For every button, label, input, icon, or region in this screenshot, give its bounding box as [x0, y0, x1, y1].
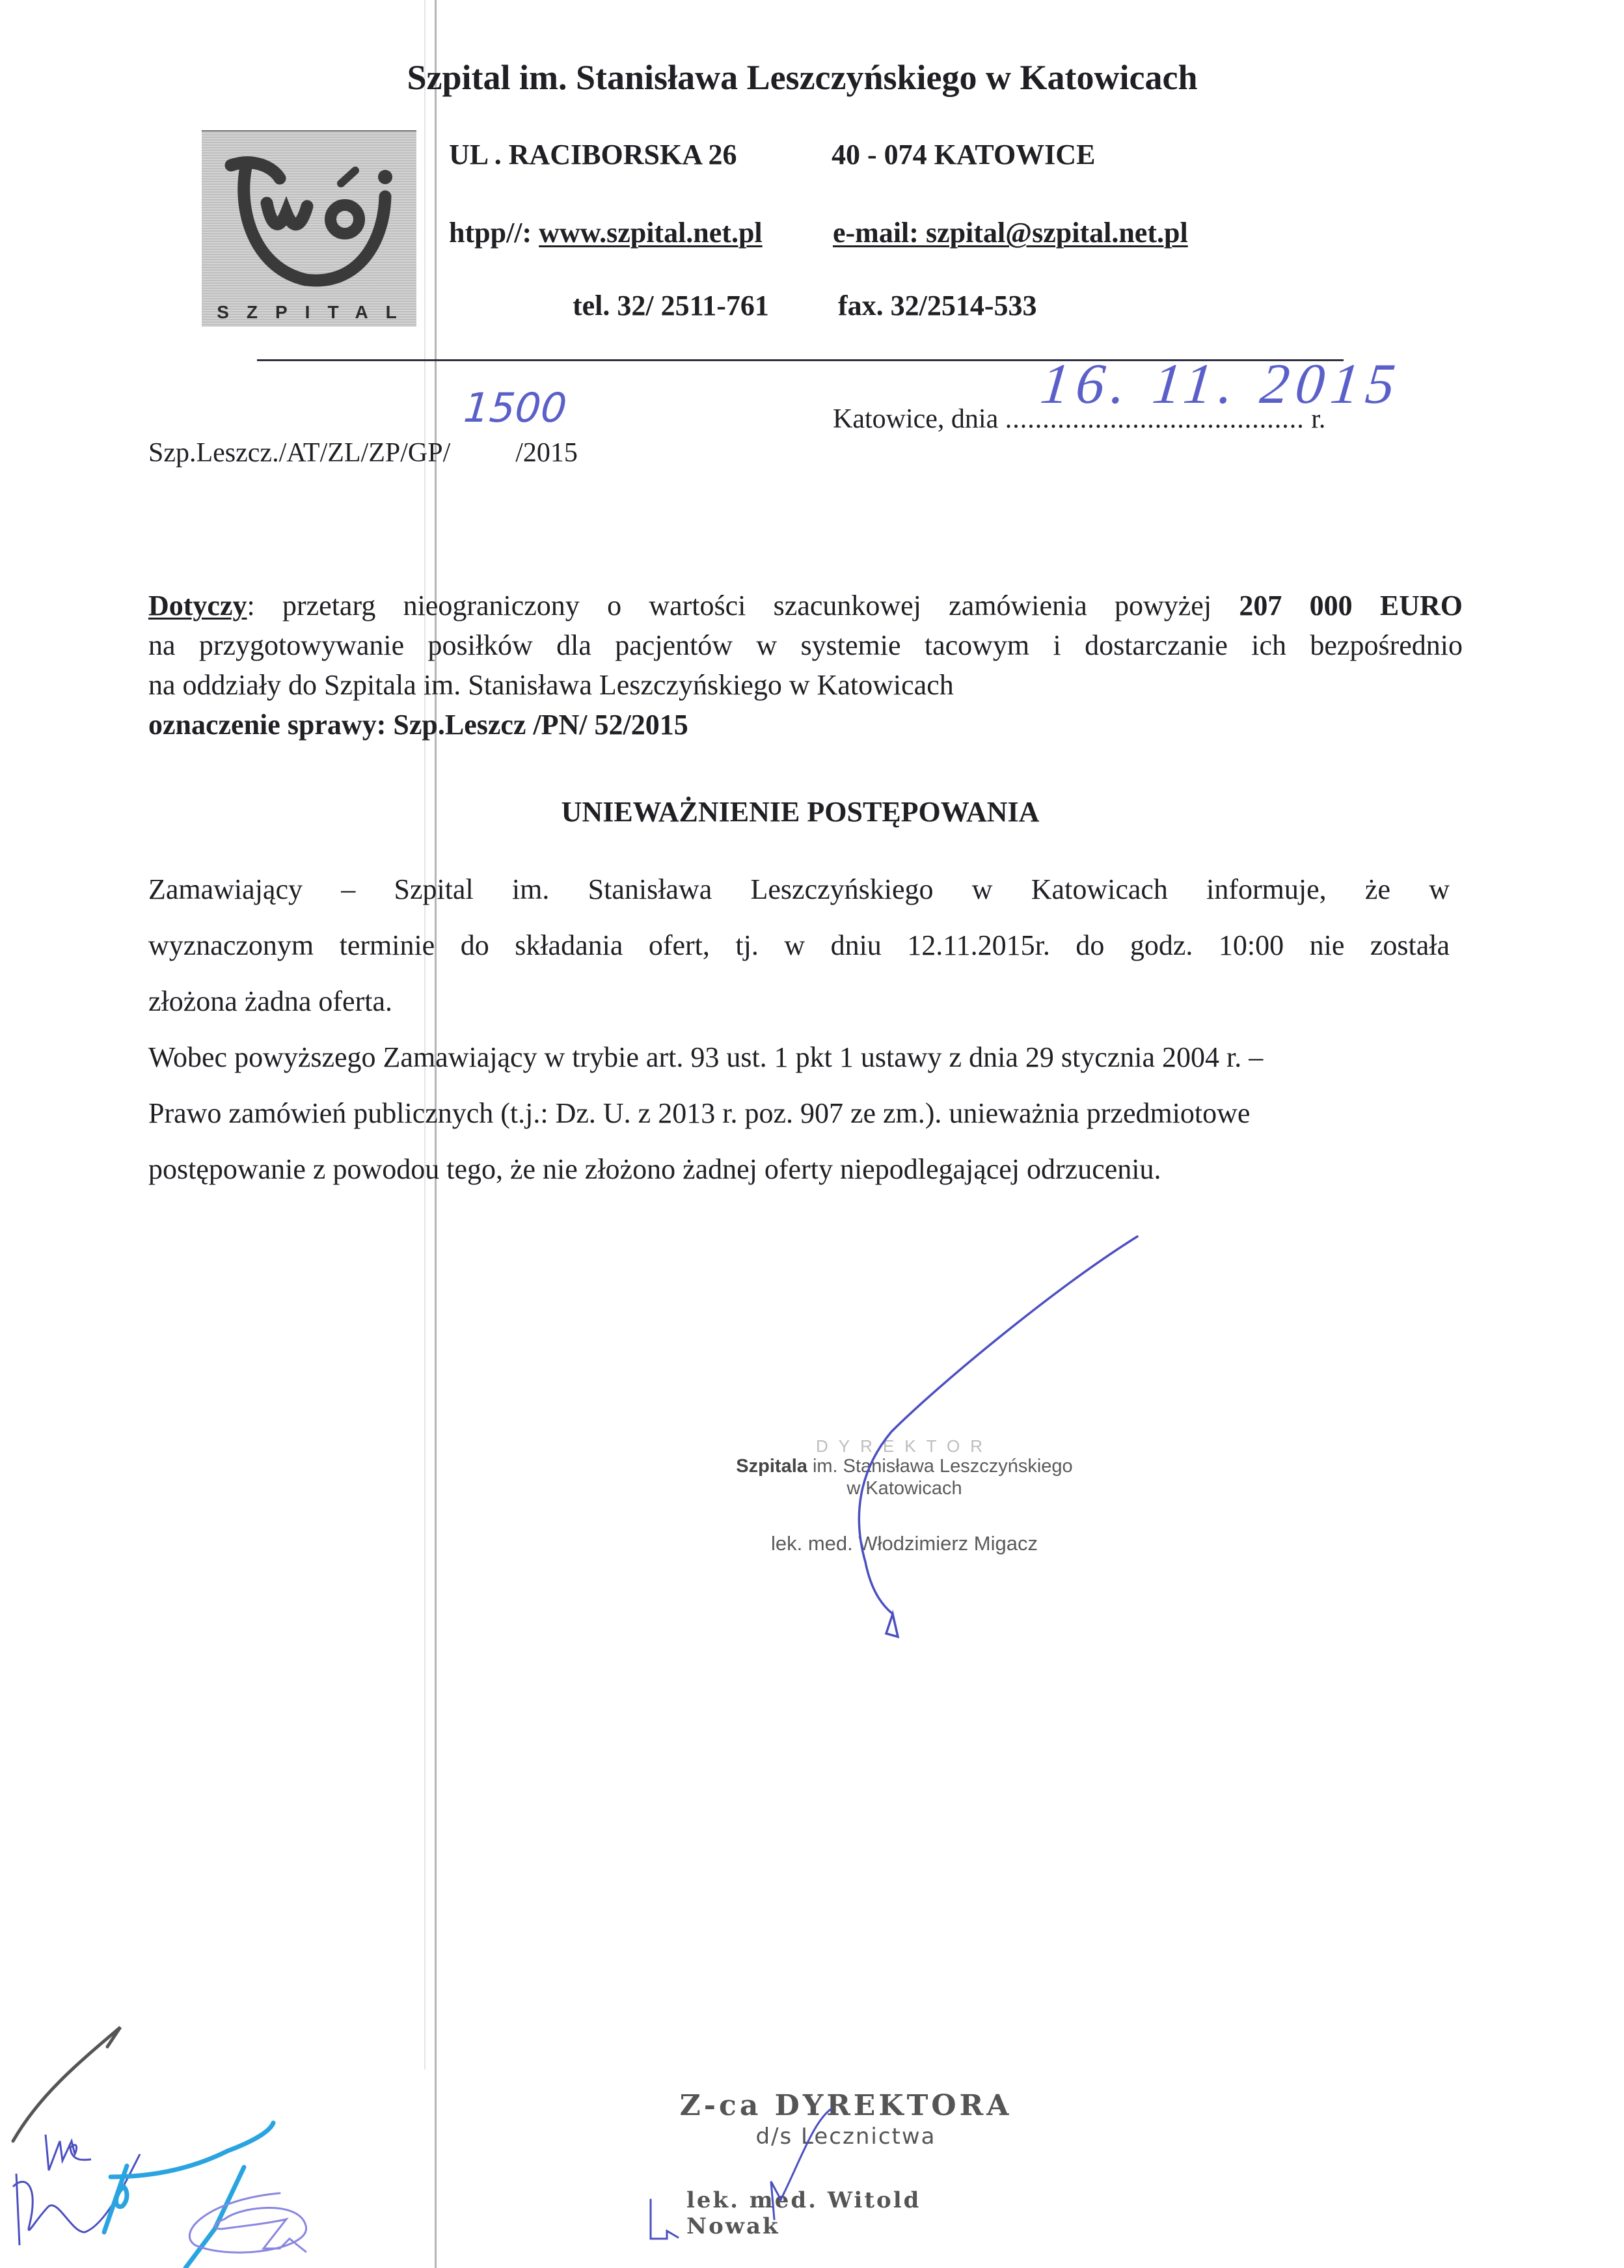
loop-signature-icon [189, 2193, 306, 2252]
body-line: złożona żadna oferta. [148, 979, 1450, 1035]
smiley-logo-icon [202, 131, 416, 327]
email-line: e-mail: szpital@szpital.net.pl [833, 216, 1188, 249]
deputy-title: Z-ca DYREKTORA [670, 2089, 1022, 2122]
reference-number: Szp.Leszcz./AT/ZL/ZP/GP//2015 [148, 437, 578, 469]
email-link[interactable]: e-mail: szpital@szpital.net.pl [833, 217, 1188, 249]
subject-line-1: Dotyczy: przetarg nieograniczony o warto… [148, 586, 1463, 625]
address-postal-city: 40 - 074 KATOWICE [832, 138, 1095, 171]
hospital-logo: SZPITAL [202, 130, 416, 327]
director-stamp: DYREKTOR Szpitala im. Stanisława Leszczy… [716, 1440, 1093, 1555]
logo-wordmark: SZPITAL [202, 302, 416, 323]
address-street: UL . RACIBORSKA 26 [449, 138, 737, 171]
pencil-arrow-icon [13, 2027, 120, 2141]
body-line: Wobec powyższego Zamawiający w trybie ar… [148, 1035, 1450, 1091]
reference-prefix: Szp.Leszcz./AT/ZL/ZP/GP/ [148, 438, 450, 468]
handwritten-reference-number: 1500 [462, 384, 569, 431]
body-line: Zamawiający – Szpital im. Stanisława Les… [148, 867, 1450, 923]
handwritten-date: 16. 11. 2015 [1038, 351, 1405, 417]
director-name: lek. med. Włodzimierz Migacz [716, 1532, 1093, 1555]
subject-line-3: na oddziały do Szpitala im. Stanisława L… [148, 665, 1463, 705]
document-heading: UNIEWAŻNIENIE POSTĘPOWANIA [0, 795, 1601, 828]
deputy-director-stamp: Z-ca DYREKTORA d/s Lecznictwa lek. med. … [670, 2089, 1022, 2239]
institution-name: Szpital im. Stanisława Leszczyńskiego w … [0, 57, 1624, 98]
date-label: Katowice, dnia [833, 404, 1005, 434]
marker-signature-icon [104, 2123, 273, 2268]
initials-icon [46, 2135, 91, 2170]
body-text: Zamawiający – Szpital im. Stanisława Les… [148, 867, 1450, 1203]
body-line: wyznaczonym terminie do składania ofert,… [148, 923, 1450, 979]
website-line: htpp//: www.szpital.net.pl [449, 216, 763, 249]
case-reference: oznaczenie sprawy: Szp.Leszcz /PN/ 52/20… [148, 705, 1463, 745]
reference-suffix: /2015 [515, 438, 578, 468]
phone-number: tel. 32/ 2511-761 [573, 289, 769, 322]
deputy-name: lek. med. Witold Nowak [670, 2187, 1022, 2239]
body-line: postępowanie z powodou tego, że nie złoż… [148, 1147, 1450, 1203]
director-signature-icon [859, 1236, 1137, 1637]
website-link[interactable]: www.szpital.net.pl [539, 217, 762, 249]
subject-line-2: na przygotowywanie posiłków dla pacjentó… [148, 625, 1463, 665]
subject-value: 207 000 EURO [1239, 590, 1463, 622]
subject-block: Dotyczy: przetarg nieograniczony o warto… [148, 586, 1463, 745]
subject-label: Dotyczy [148, 590, 247, 622]
stamp-title-faded: DYREKTOR [716, 1440, 1093, 1455]
website-label: htpp//: [449, 217, 539, 249]
left-signature-icon [13, 2154, 140, 2245]
fax-number: fax. 32/2514-533 [838, 289, 1037, 322]
deputy-subtitle: d/s Lecznictwa [670, 2124, 1022, 2150]
body-line: Prawo zamówień publicznych (t.j.: Dz. U.… [148, 1091, 1450, 1147]
